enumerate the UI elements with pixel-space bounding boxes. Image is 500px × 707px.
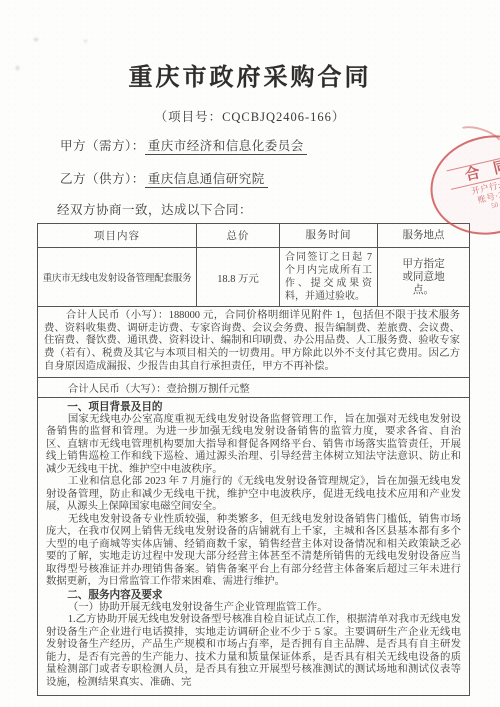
cell-item-content: 重庆市无线电发射设备管理配套服务 <box>38 248 197 307</box>
table-header-row: 项目内容 总价 服务时间 服务地点 <box>38 224 470 248</box>
scanned-contract-page: 重庆市政府采购合同 （项目号：CQCBJQ2406-166） 甲方（需方）：重庆… <box>0 0 500 707</box>
amount-lowercase-row: 合计人民币（小写）：188000 元，合同价格明细详见附件 1，包括但不限于技术… <box>38 307 470 378</box>
party-a-name: 重庆市经济和信息化委员会 <box>145 139 307 155</box>
cell-service-time: 合同签订之日起 7 个月内完成所有工作、提交成果资料，并通过验收。 <box>280 248 378 307</box>
section-1-paragraph: 无线电发射设备专业性质较强，种类繁多，但无线电发射设备销售门槛低，销售市场庞大，… <box>46 514 461 589</box>
party-a-label: 甲方（需方）： <box>60 139 145 153</box>
amount-uppercase-row: 合计人民币（大写）：壹拾捌万捌仟元整 <box>38 377 470 397</box>
section-1-paragraph: 国家无线电办公室高度重视无线电发射设备监督管理工作，旨在加强对无线电发射设备销售… <box>46 414 461 477</box>
contract-title: 重庆市政府采购合同 <box>0 64 500 92</box>
section-1-paragraph: 工业和信息化部 2023 年 7 月施行的《无线电发射设备管理规定》，旨在加强无… <box>46 476 461 514</box>
party-a-line: 甲方（需方）：重庆市经济和信息化委员会 <box>60 136 500 154</box>
seal-small-digits: 50 <box>490 201 499 210</box>
header-service-time: 服务时间 <box>280 224 378 248</box>
amount-uppercase-text: 合计人民币（大写）：壹拾捌万捌仟元整 <box>38 377 470 397</box>
section-2-paragraph: （一）协助开展无线电发射设备生产企业管理监管工作。 <box>46 602 461 615</box>
project-number: （项目号：CQCBJQ2406-166） <box>0 107 500 125</box>
page-number: 1 <box>0 645 500 657</box>
cell-total-price: 18.8 万元 <box>197 248 280 307</box>
pencil-speck <box>84 40 87 42</box>
party-b-name: 重庆信息通信研究院 <box>145 172 268 188</box>
pencil-speck <box>16 66 19 70</box>
amount-lowercase-text: 合计人民币（小写）：188000 元，合同价格明细详见附件 1，包括但不限于技术… <box>38 307 470 378</box>
section-1-heading: 一、项目背景及目的 <box>46 401 461 414</box>
pencil-speck <box>34 38 38 41</box>
contract-table: 项目内容 总价 服务时间 服务地点 重庆市无线电发射设备管理配套服务 18.8 … <box>37 223 470 696</box>
table-data-row: 重庆市无线电发射设备管理配套服务 18.8 万元 合同签订之日起 7 个月内完成… <box>38 248 470 307</box>
party-b-label: 乙方（供方）： <box>60 172 145 186</box>
cell-service-place: 甲方指定或同意地点。 <box>378 248 470 307</box>
header-total-price: 总价 <box>197 224 280 248</box>
section-2-heading: 二、服务内容及要求 <box>46 589 461 602</box>
header-item-content: 项目内容 <box>38 224 197 248</box>
